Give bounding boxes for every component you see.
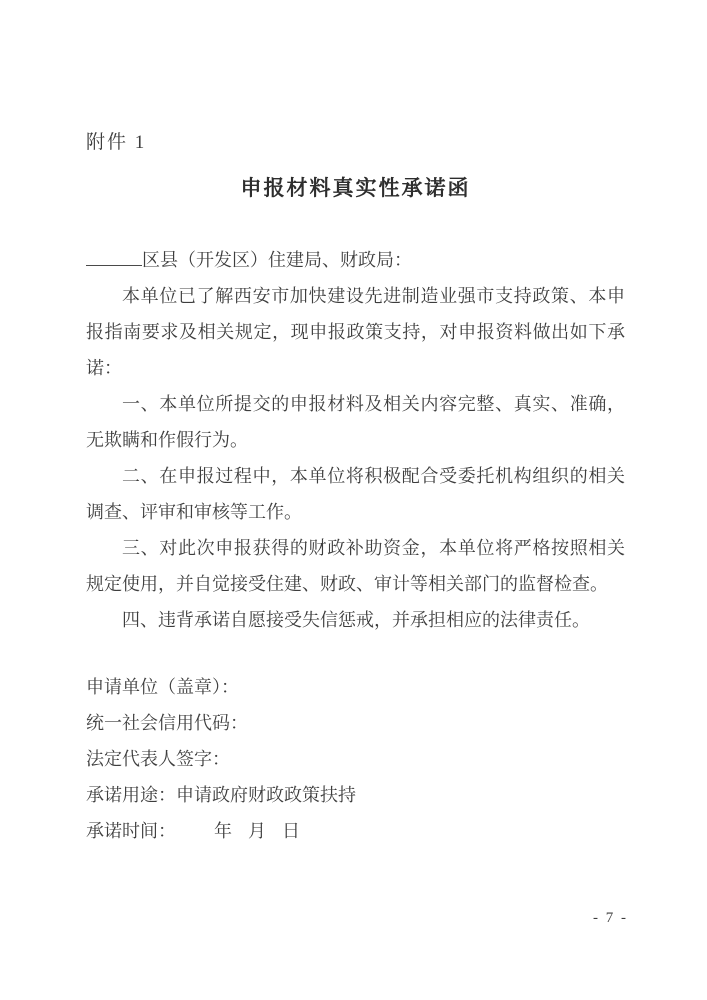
signature-block: 申请单位（盖章）： 统一社会信用代码： 法定代表人签字： 承诺用途：申请政府财政… [86, 669, 625, 849]
date-label: 承诺时间： [86, 821, 176, 841]
paragraph-item-3: 三、对此次申报获得的财政补助资金，本单位将严格按照相关规定使用，并自觉接受住建、… [86, 530, 625, 602]
salutation-blank-underline [86, 246, 142, 266]
document-page: 附件 1 申报材料真实性承诺函 区县（开发区）住建局、财政局： 本单位已了解西安… [0, 0, 707, 1000]
document-title: 申报材料真实性承诺函 [86, 177, 625, 199]
signature-line-credit-code: 统一社会信用代码： [86, 705, 625, 741]
paragraph-item-1: 一、本单位所提交的申报材料及相关内容完整、真实、准确，无欺瞒和作假行为。 [86, 386, 625, 458]
date-month-label: 月 [248, 821, 266, 841]
commitment-date-line: 承诺时间：年月日 [86, 813, 625, 849]
signature-line-commitment-purpose: 承诺用途：申请政府财政政策扶持 [86, 777, 625, 813]
attachment-label: 附件 1 [86, 133, 625, 153]
date-year-label: 年 [214, 821, 232, 841]
signature-line-unit-seal: 申请单位（盖章）： [86, 669, 625, 705]
signature-line-legal-representative: 法定代表人签字： [86, 741, 625, 777]
paragraph-intro: 本单位已了解西安市加快建设先进制造业强市支持政策、本申报指南要求及相关规定，现申… [86, 278, 625, 386]
date-day-label: 日 [282, 821, 300, 841]
salutation-line: 区县（开发区）住建局、财政局： [86, 242, 625, 278]
document-body: 区县（开发区）住建局、财政局： 本单位已了解西安市加快建设先进制造业强市支持政策… [86, 242, 625, 638]
page-number: - 7 - [593, 910, 628, 927]
salutation-text: 区县（开发区）住建局、财政局： [142, 250, 412, 270]
paragraph-item-2: 二、在申报过程中，本单位将积极配合受委托机构组织的相关调查、评审和审核等工作。 [86, 458, 625, 530]
paragraph-item-4: 四、违背承诺自愿接受失信惩戒，并承担相应的法律责任。 [86, 602, 625, 638]
